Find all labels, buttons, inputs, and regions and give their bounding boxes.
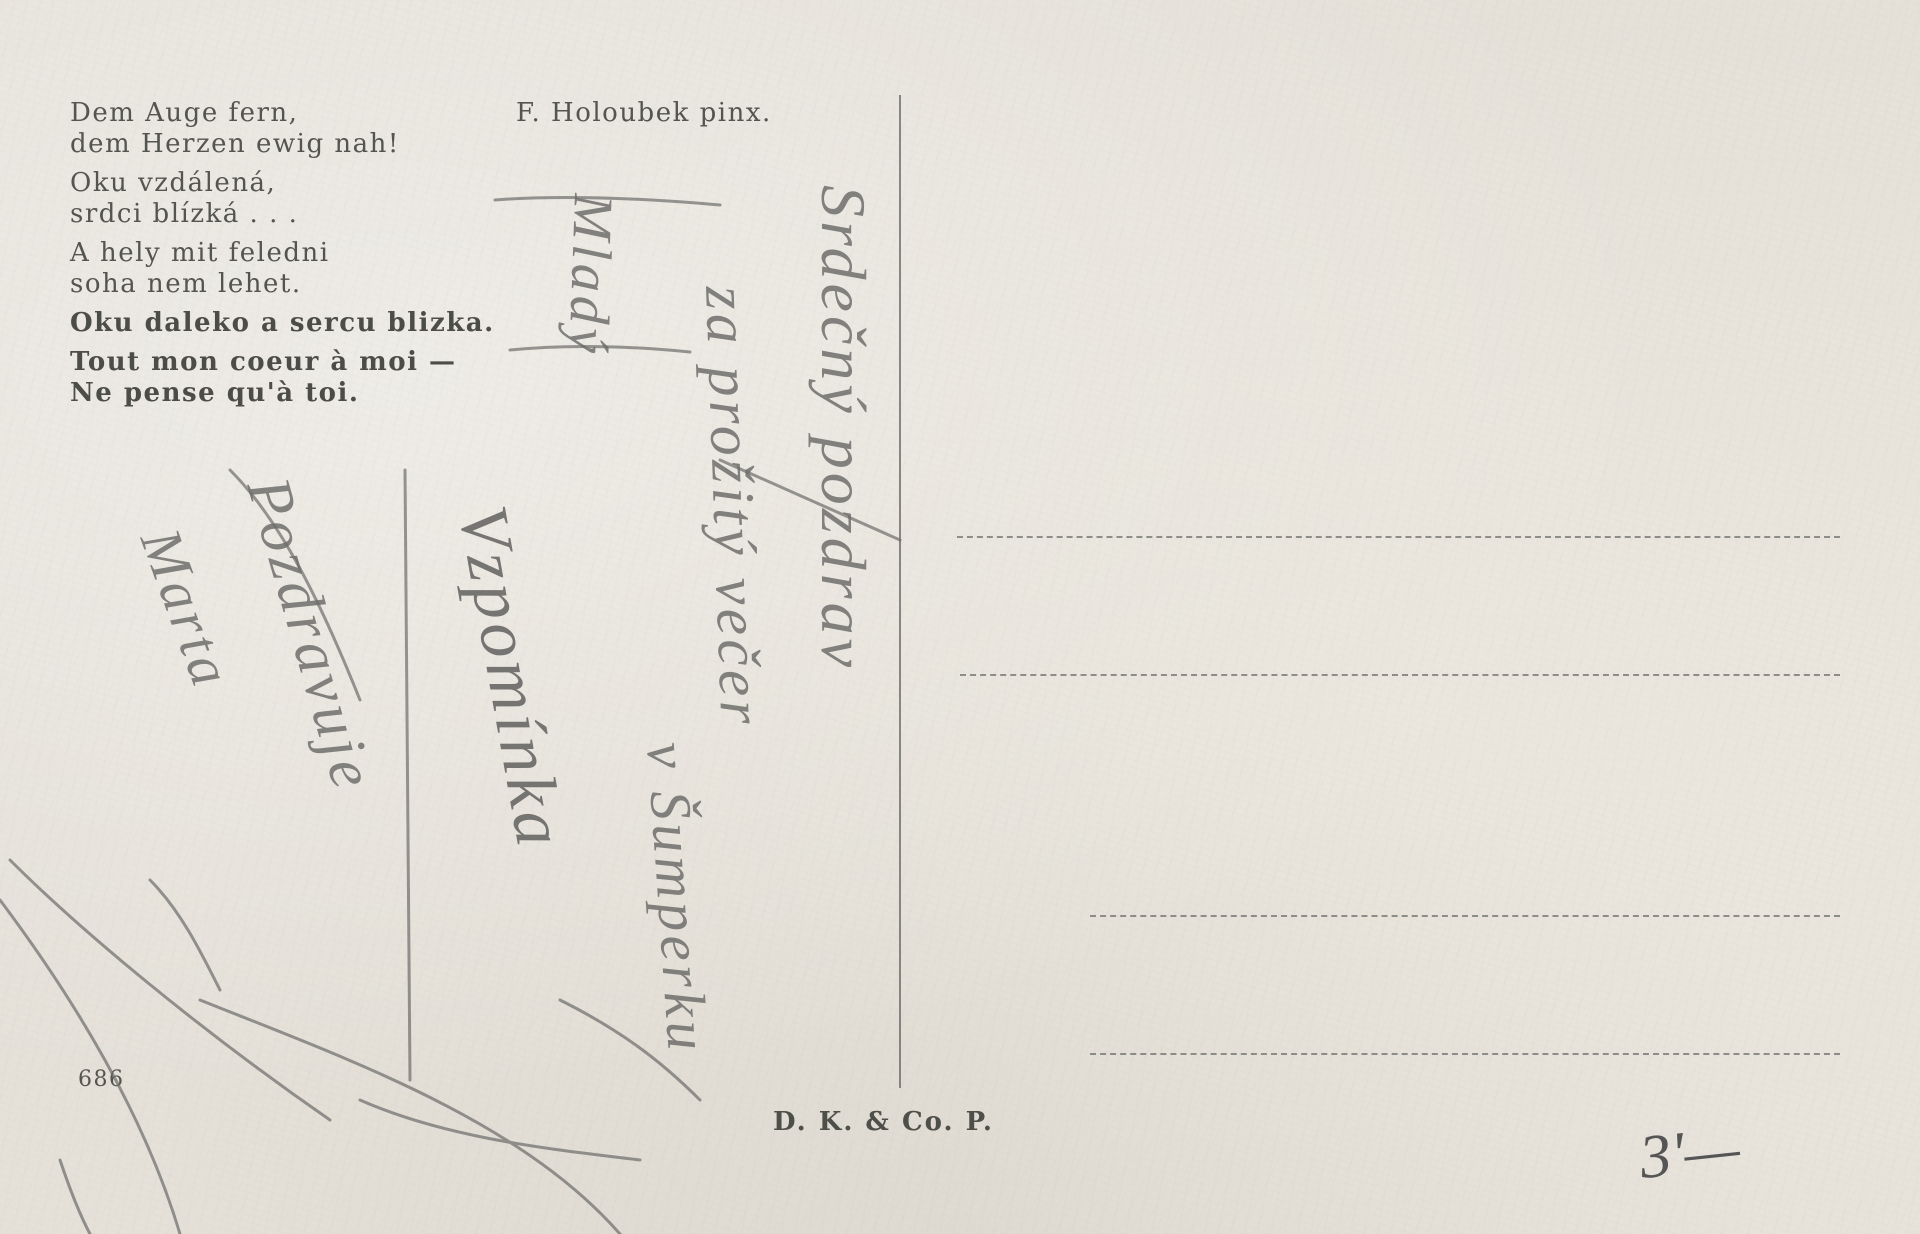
verse-line: A hely mit feledni: [70, 238, 495, 269]
verse-line: soha nem lehet.: [70, 269, 495, 300]
handwriting-line: Marta: [127, 520, 246, 698]
handwriting-line: za prožitý večer: [691, 285, 775, 729]
verse-line: Oku daleko a sercu blizka.: [70, 308, 495, 339]
price-mark: 3'—: [1637, 1113, 1743, 1194]
verse-hungarian: A hely mit feledni soha nem lehet.: [70, 238, 495, 300]
address-line: [1090, 1053, 1840, 1055]
address-line: [957, 536, 1840, 538]
handwriting-line: Pozdravuje: [232, 470, 389, 799]
artist-credit: F. Holoubek pinx.: [516, 98, 772, 128]
verse-line: srdci blízká . . .: [70, 199, 495, 230]
verse-line: Dem Auge fern,: [70, 98, 495, 129]
handwriting-line: Mladý: [555, 193, 625, 358]
handwriting-line: Vzpomínka: [441, 500, 580, 856]
verse-line: Ne pense qu'à toi.: [70, 378, 495, 409]
handwriting-line: v Šumperku: [633, 740, 722, 1056]
address-line: [1090, 915, 1840, 917]
verse-french: Tout mon coeur à moi — Ne pense qu'à toi…: [70, 347, 495, 409]
verse-czech: Oku vzdálená, srdci blízká . . .: [70, 168, 495, 230]
verse-line: Oku vzdálená,: [70, 168, 495, 199]
verse-line: dem Herzen ewig nah!: [70, 129, 495, 160]
verse-polish: Oku daleko a sercu blizka.: [70, 308, 495, 339]
postcard-back: Dem Auge fern, dem Herzen ewig nah! Oku …: [0, 0, 1920, 1234]
publisher-mark: D. K. & Co. P.: [773, 1107, 994, 1137]
verse-german: Dem Auge fern, dem Herzen ewig nah!: [70, 98, 495, 160]
serial-number: 686: [78, 1067, 125, 1092]
verse-line: Tout mon coeur à moi —: [70, 347, 495, 378]
handwriting-line: Srdečný pozdrav: [806, 185, 880, 671]
center-divider: [899, 95, 901, 1088]
printed-verse: Dem Auge fern, dem Herzen ewig nah! Oku …: [70, 98, 495, 417]
address-line: [960, 674, 1840, 676]
